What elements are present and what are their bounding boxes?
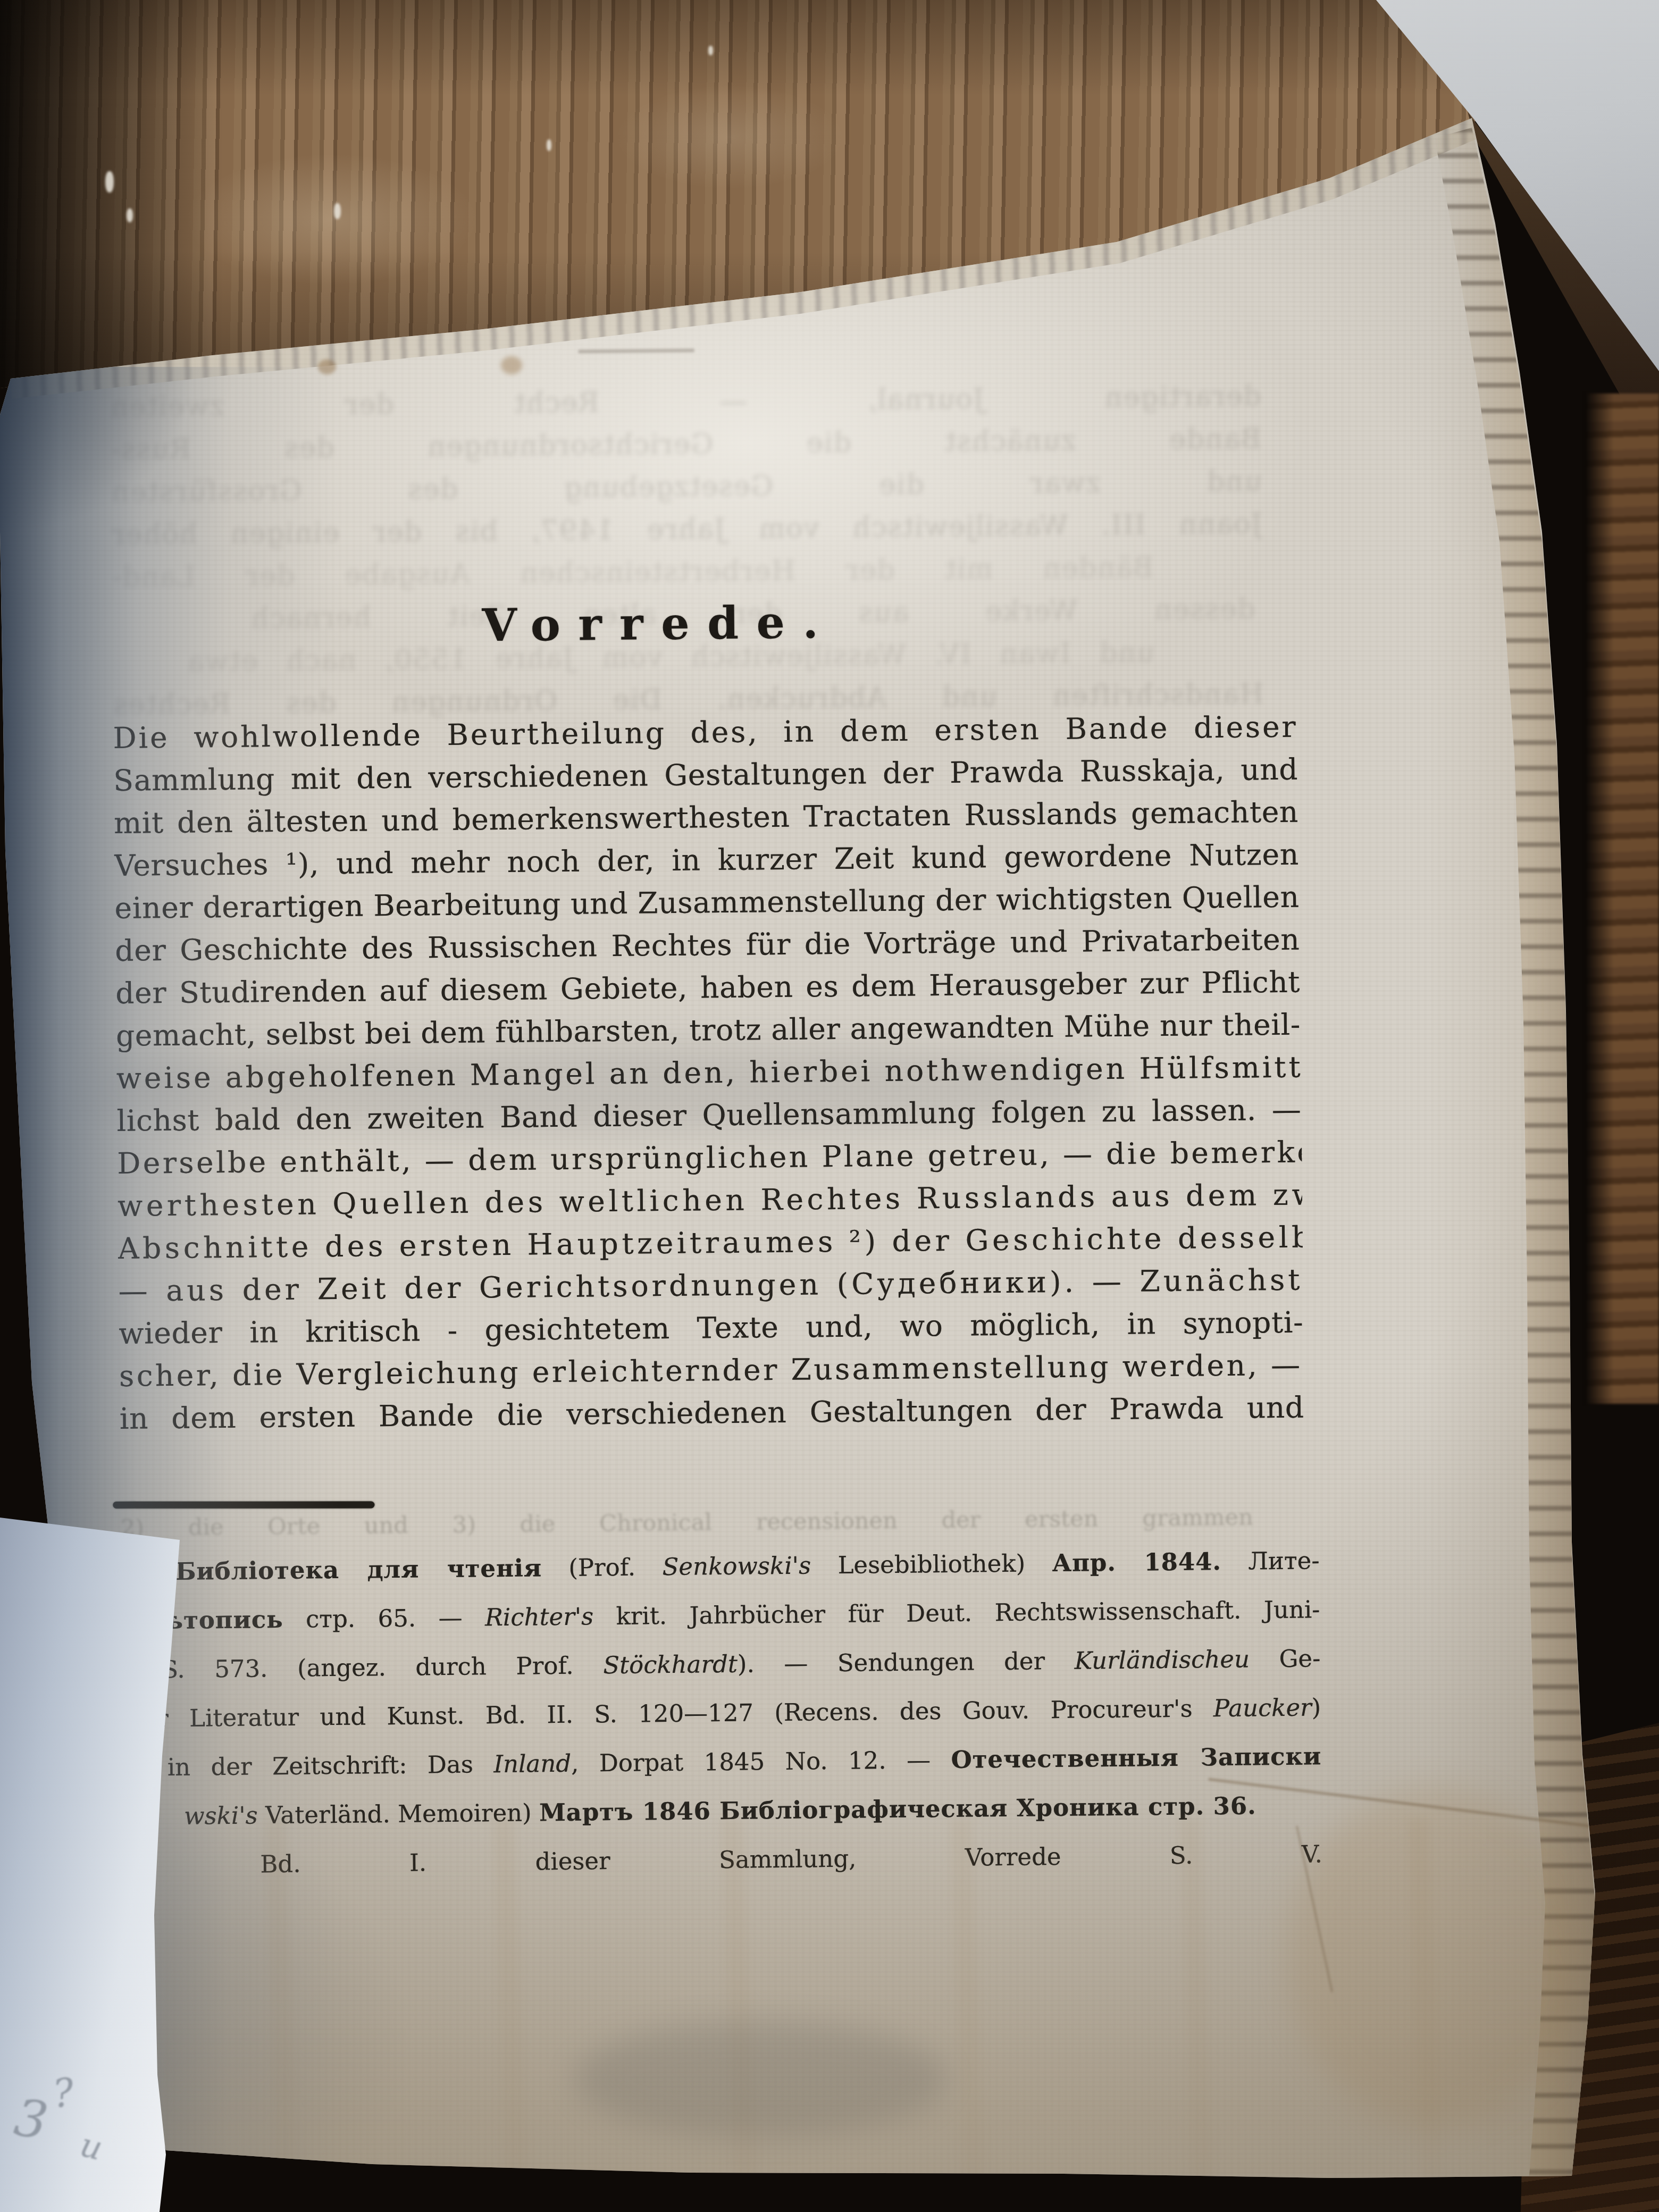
- pencil-mark: ?: [51, 2070, 76, 2117]
- footnote-text-segment: krit. Jahrbücher für Deut. Rechtswissens…: [593, 1595, 1320, 1630]
- footnote-text-segment: Ge-: [1250, 1644, 1321, 1673]
- footnote-text-segment: Апр. 1844.: [1052, 1547, 1221, 1577]
- paint-speck: [105, 171, 114, 192]
- footnote-text-segment: Lesebibliothek): [811, 1549, 1052, 1579]
- footnote-text-segment: Лите-: [1221, 1546, 1320, 1576]
- pencil-mark: 3: [11, 2088, 52, 2151]
- paint-speck: [547, 139, 551, 151]
- ghost-dash-mark: [579, 348, 694, 353]
- paint-speck: [127, 208, 133, 222]
- footnote-text-segment: , Dorpat 1845 No. 12. —: [571, 1746, 951, 1778]
- footnote-text-segment: (Prof.: [542, 1553, 663, 1582]
- footnote-text-segment: Отечественныя Записки: [951, 1742, 1321, 1774]
- pencil-mark: u: [77, 2125, 106, 2167]
- footnote-text-segment: ). — Sendungen der: [738, 1647, 1075, 1678]
- footnote-text-segment: Kurländischeu: [1074, 1645, 1250, 1675]
- footnote-text-segment: Richter's: [485, 1602, 594, 1631]
- footnote-text-segment: ): [1311, 1693, 1321, 1721]
- footnote-text-segment: Stöckhardt: [603, 1650, 738, 1679]
- wood-plank-right: [1585, 393, 1659, 1404]
- foxing-spot: [501, 356, 522, 374]
- footnote-text-segment: Paucker: [1213, 1693, 1312, 1722]
- paint-speck: [334, 203, 341, 219]
- footnote-text-segment: Inland: [493, 1749, 571, 1778]
- footnote-text-segment: Senkowski's: [662, 1551, 811, 1581]
- paint-speck: [708, 46, 713, 55]
- photo-canvas: derartigen Journal, — Recht der zweitenB…: [0, 0, 1659, 2212]
